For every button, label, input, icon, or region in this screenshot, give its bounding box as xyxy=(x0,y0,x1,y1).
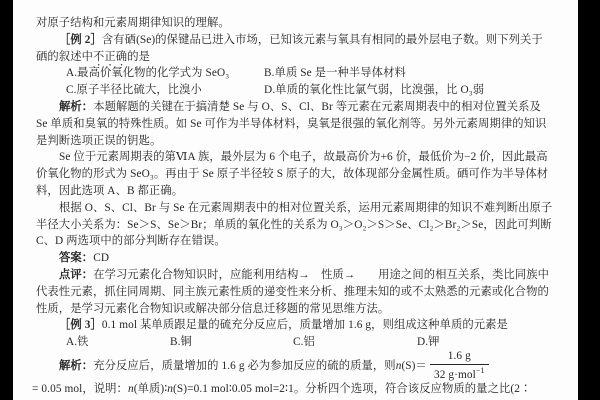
text-segment: 解析： xyxy=(59,358,93,375)
text-segment: CD xyxy=(93,252,109,264)
text-segment: 不正确 xyxy=(93,51,127,63)
text-line: 答案：CD xyxy=(36,250,568,267)
text-segment: 含有硒(Se)的保键品已进入市场，已知该元素与氧具有相同的最外层电子数。则下列关… xyxy=(102,34,543,46)
text-line: 性质，是学习元素化合物知识或解决部分信息迁移题的常见思维方法。 xyxy=(36,301,568,318)
text-segment: C、D 两选项中的部分判断存在错误。 xyxy=(36,235,226,247)
text-segment: 料，因此选项 A、B 都正确。 xyxy=(36,185,183,197)
fraction-denominator-exponent: −1 xyxy=(476,366,485,375)
text-line: = 0.05 mol，说明：n(单质)∶n(S)=0.1 mol∶0.05 mo… xyxy=(32,381,568,398)
text-segment: = 0.05 mol，说明： xyxy=(32,383,128,395)
option-item: B.铜 xyxy=(170,334,293,351)
text-segment: 在学习元素化合物知识时，应能利用结构→ 性质→ 用途之间的相互关系，类比同族中 xyxy=(93,269,549,281)
option-item: C.铝 xyxy=(293,334,417,351)
text-segment: ［例 3］ xyxy=(59,319,102,331)
text-line: C、D 两选项中的部分判断存在错误。 xyxy=(36,233,568,250)
text-segment: 根据 O、S、Cl、Br 与 Se 在元素周期表中的相对位置关系，运用元素周期律… xyxy=(59,202,552,214)
letterbox-left xyxy=(0,0,13,400)
text-line: 对原子结构和元素周期律知识的理解。 xyxy=(36,15,568,32)
text-segment: 答案： xyxy=(59,252,93,264)
text-segment: 点评： xyxy=(59,269,93,281)
text-line: 硒的叙述中不正确的是 xyxy=(36,49,568,66)
fraction-denominator: 32 g·mol−1 xyxy=(430,365,489,382)
text-segment: (单质)∶ xyxy=(134,383,168,395)
text-segment: (S)=0.1 mol∶0.05 mol=2∶1。分析四个选项，符合该反应物质的… xyxy=(173,383,531,395)
text-segment: 的是 xyxy=(127,51,150,63)
text-segment: 价氧化物的形式为 SeO₃。再由于 Se 原子半径较 S 原子的大，故体现部分金… xyxy=(36,168,548,180)
text-segment: Se 单质和臭氧的特殊性质。如 Se 可作为半导体材料，臭氧是很强的氧化剂等。另… xyxy=(36,118,546,130)
text-line: 代表性元素，抓住同周期、同主族元素性质的递变性来分析、推理未知的或不太熟悉的元素… xyxy=(36,284,568,301)
options-row: C.原子半径比硫大，比溴小D.单质的氧化性比氯气弱，比溴强，比 O₃弱 xyxy=(36,82,568,99)
text-line: Se 位于元素周期表的第ⅥA 族，最外层为 6 个电子，故最高价为+6 价，最低… xyxy=(36,149,568,166)
text-segment: 0.1 mol 某单质跟足量的硫充分反应后，质量增加 1.6 g，则组成这种单质… xyxy=(102,319,508,331)
text-segment: 是判断选项正误的钥匙。 xyxy=(36,135,161,147)
text-segment: 性质，是学习元素化合物知识或解决部分信息迁移题的常见思维方法。 xyxy=(36,303,389,315)
text-line: 解析：充分反应后，质量增加的 1.6 g 必为参加反应的硫的质量，则 n(S)＝… xyxy=(36,351,568,381)
text-segment: Se 位于元素周期表的第ⅥA 族，最外层为 6 个电子，故最高价为+6 价，最低… xyxy=(59,151,548,163)
letterbox-right xyxy=(578,0,600,400)
option-item: B.单质 Se 是一种半导体材料 xyxy=(264,65,406,82)
text-line: 价氧化物的形式为 SeO₃。再由于 Se 原子半径较 S 原子的大，故体现部分金… xyxy=(36,166,568,183)
text-line: ［例 3］0.1 mol 某单质跟足量的硫充分反应后，质量增加 1.6 g，则组… xyxy=(36,317,568,334)
text-line: 是判断选项正误的钥匙。 xyxy=(36,133,568,150)
text-segment: 半径大小关系为：Se＞S、Se＞Br；单质的氧化性的关系为 O₃＞O₂＞S＞Se… xyxy=(36,219,552,231)
text-segment: 本题解题的关键在于搞清楚 Se 与 O、S、Cl、Br 等元素在元素周期表中的相… xyxy=(93,101,541,113)
text-segment: 充分反应后，质量增加的 1.6 g 必为参加反应的硫的质量，则 xyxy=(93,358,395,375)
fraction-numerator: 1.6 g xyxy=(430,350,489,365)
text-line: ［例 2］含有硒(Se)的保键品已进入市场，已知该元素与氧具有相同的最外层电子数… xyxy=(36,32,568,49)
document-page: 对原子结构和元素周期律知识的理解。［例 2］含有硒(Se)的保键品已进入市场，已… xyxy=(13,0,578,400)
text-line: 半径大小关系为：Se＞S、Se＞Br；单质的氧化性的关系为 O₃＞O₂＞S＞Se… xyxy=(36,217,568,234)
fraction: 1.6 g32 g·mol−1 xyxy=(430,350,489,382)
text-segment: (S)＝ xyxy=(401,358,427,375)
options-row: A.最高价氧化物的化学式为 SeO₃B.单质 Se 是一种半导体材料 xyxy=(36,65,568,82)
text-segment: 对原子结构和元素周期律知识的理解。 xyxy=(36,17,230,29)
option-item: C.原子半径比硫大，比溴小 xyxy=(66,82,264,99)
option-item: D.钾 xyxy=(417,334,440,351)
text-segment: 解析： xyxy=(59,101,93,113)
screenshot-root: 对原子结构和元素周期律知识的理解。［例 2］含有硒(Se)的保键品已进入市场，已… xyxy=(0,0,600,400)
text-line: 根据 O、S、Cl、Br 与 Se 在元素周期表中的相对位置关系，运用元素周期律… xyxy=(36,200,568,217)
document-content: 对原子结构和元素周期律知识的理解。［例 2］含有硒(Se)的保键品已进入市场，已… xyxy=(36,15,568,398)
text-line: 点评：在学习元素化合物知识时，应能利用结构→ 性质→ 用途之间的相互关系，类比同… xyxy=(36,267,568,284)
fraction-denominator-text: 32 g·mol xyxy=(434,369,476,381)
option-item: A.铁 xyxy=(66,334,170,351)
text-line: 解析：本题解题的关键在于搞清楚 Se 与 O、S、Cl、Br 等元素在元素周期表… xyxy=(36,99,568,116)
text-segment: 代表性元素，抓住同周期、同主族元素性质的递变性来分析、推理未知的或不太熟悉的元素… xyxy=(36,286,549,298)
text-segment: 硒的叙述中 xyxy=(36,51,93,63)
text-line: Se 单质和臭氧的特殊性质。如 Se 可作为半导体材料，臭氧是很强的氧化剂等。另… xyxy=(36,116,568,133)
option-item: D.单质的氧化性比氯气弱，比溴强，比 O₃弱 xyxy=(264,82,484,99)
text-segment: ［例 2］ xyxy=(59,34,102,46)
options-row: A.铁B.铜C.铝D.钾 xyxy=(36,334,568,351)
text-line: 料，因此选项 A、B 都正确。 xyxy=(36,183,568,200)
option-item: A.最高价氧化物的化学式为 SeO₃ xyxy=(66,65,264,82)
